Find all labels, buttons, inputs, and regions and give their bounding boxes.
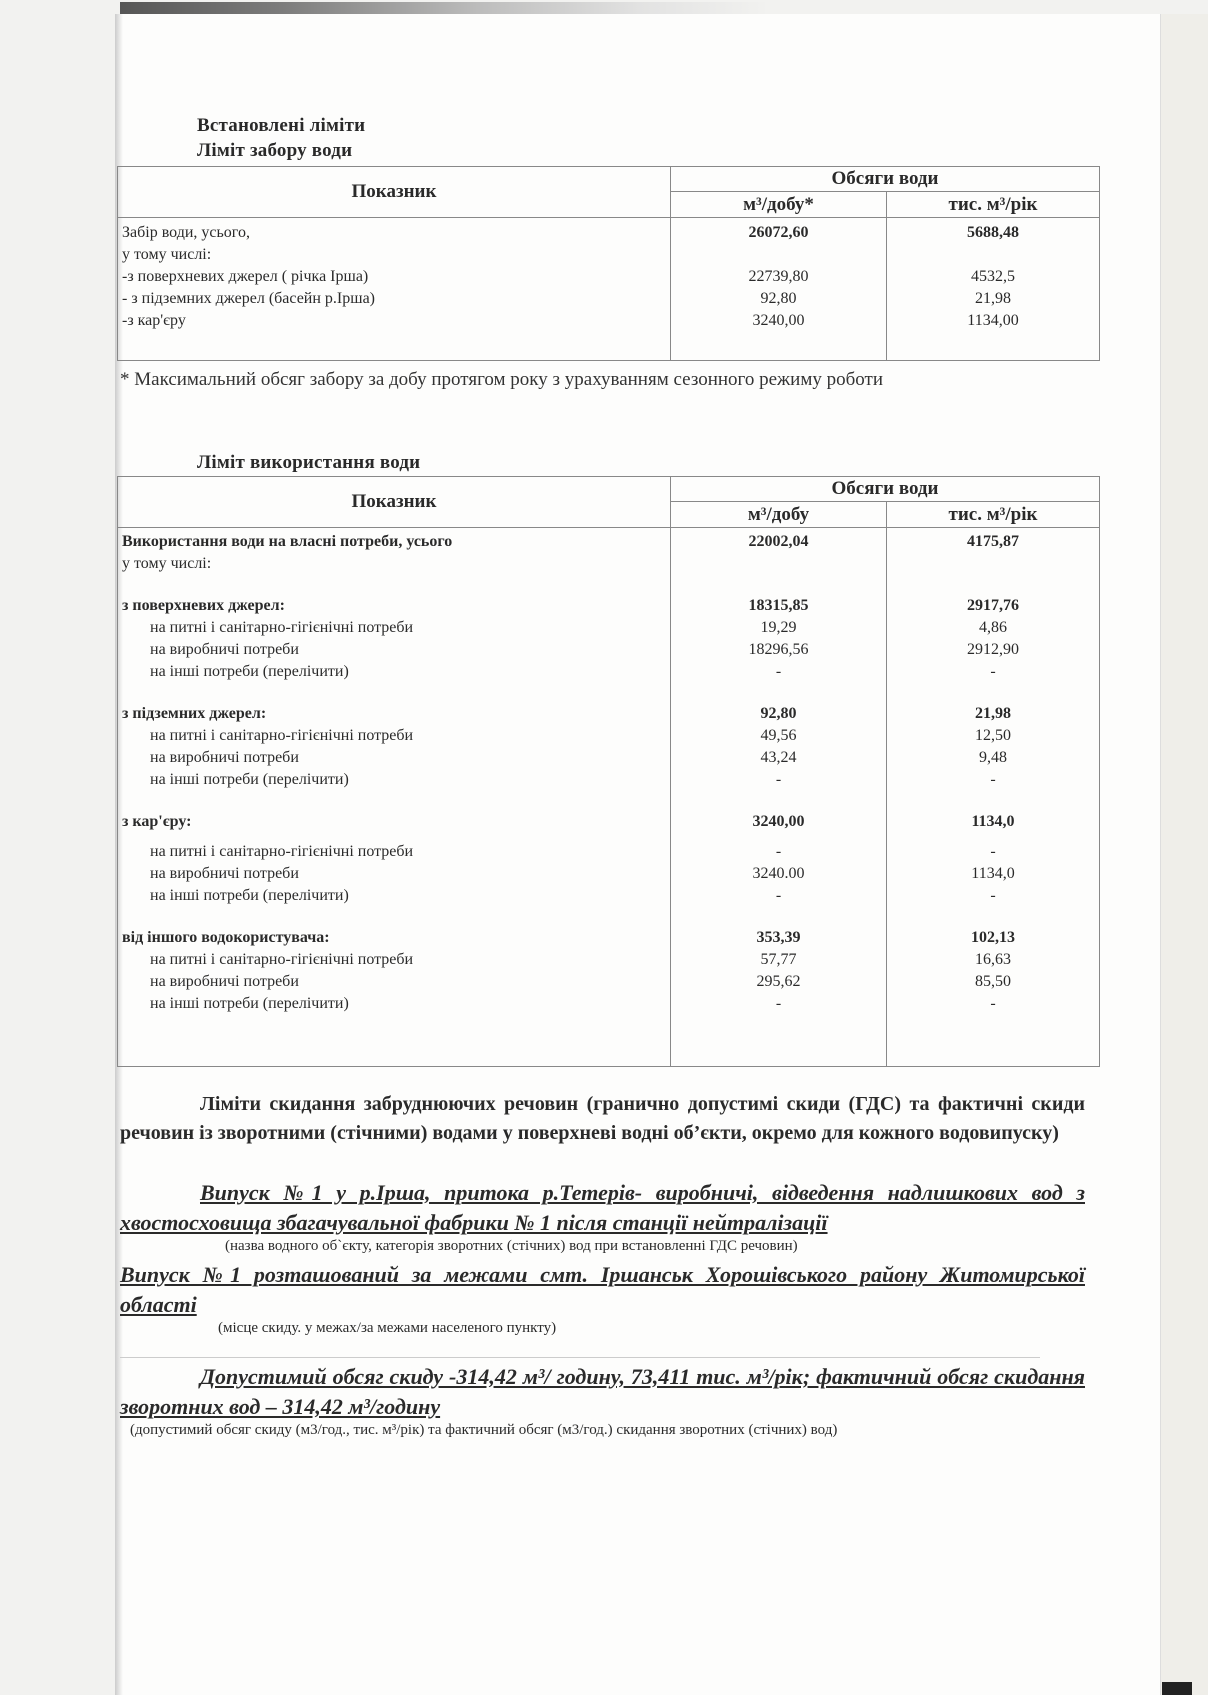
value-year: - bbox=[887, 769, 1099, 791]
value-day: 43,24 bbox=[671, 747, 886, 769]
value-day bbox=[671, 244, 886, 266]
row-label: - з підземних джерел (басейн р.Ірша) bbox=[118, 288, 670, 310]
value-day bbox=[671, 907, 886, 927]
page-edge bbox=[1160, 14, 1208, 1695]
volume-caption: (допустимий обсяг скиду (м3/год., тис. м… bbox=[130, 1422, 837, 1439]
value-day: 92,80 bbox=[671, 703, 886, 725]
value-year: - bbox=[887, 661, 1099, 683]
usage-limit-table: Показник Обсяги води м³/добу тис. м³/рік… bbox=[117, 476, 1100, 1067]
value-year bbox=[887, 833, 1099, 841]
row-label bbox=[118, 791, 670, 811]
row-label: на виробничі потреби bbox=[118, 971, 670, 993]
value-day: - bbox=[671, 885, 886, 907]
value-day bbox=[671, 553, 886, 575]
row-label bbox=[118, 575, 670, 595]
value-year: - bbox=[887, 841, 1099, 863]
value-year: 102,13 bbox=[887, 927, 1099, 949]
value-day bbox=[671, 683, 886, 703]
value-year: - bbox=[887, 885, 1099, 907]
value-year bbox=[887, 575, 1099, 595]
row-label: у тому числі: bbox=[118, 244, 670, 266]
outlet-caption: (назва водного об`єкту, категорія зворот… bbox=[225, 1238, 798, 1255]
value-day: 3240.00 bbox=[671, 863, 886, 885]
value-year: 21,98 bbox=[887, 703, 1099, 725]
value-day: - bbox=[671, 841, 886, 863]
value-day: 353,39 bbox=[671, 927, 886, 949]
value-year: 1134,00 bbox=[887, 310, 1099, 332]
row-label: на виробничі потреби bbox=[118, 747, 670, 769]
divider bbox=[120, 1357, 1040, 1358]
value-day: 57,77 bbox=[671, 949, 886, 971]
value-year: 85,50 bbox=[887, 971, 1099, 993]
col-year: тис. м³/рік bbox=[887, 502, 1100, 528]
value-day: 295,62 bbox=[671, 971, 886, 993]
row-label: на інші потреби (перелічити) bbox=[118, 769, 670, 791]
row-label: -з кар'єру bbox=[118, 310, 670, 332]
row-label: на питні і санітарно-гігієнічні потреби bbox=[118, 949, 670, 971]
discharge-limits-paragraph: Ліміти скидання забруднюючих речовин (гр… bbox=[120, 1090, 1085, 1148]
row-label: -з поверхневих джерел ( річка Ірша) bbox=[118, 266, 670, 288]
value-year: 12,50 bbox=[887, 725, 1099, 747]
value-day: 22002,04 bbox=[671, 531, 886, 553]
heading-usage-limit: Ліміт використання води bbox=[197, 452, 420, 474]
row-label: на виробничі потреби bbox=[118, 639, 670, 661]
value-year: 4532,5 bbox=[887, 266, 1099, 288]
location-description: Випуск №1 розташований за межами смт. Ір… bbox=[120, 1260, 1085, 1320]
value-year bbox=[887, 553, 1099, 575]
value-day: 22739,80 bbox=[671, 266, 886, 288]
location-caption: (місце скиду. у межах/за межами населено… bbox=[218, 1320, 556, 1337]
value-day: 18296,56 bbox=[671, 639, 886, 661]
row-label: з кар'єру: bbox=[118, 811, 670, 833]
heading-established-limits: Встановлені ліміти bbox=[197, 115, 365, 137]
value-year: 1134,0 bbox=[887, 811, 1099, 833]
row-label: у тому числі: bbox=[118, 553, 670, 575]
value-year bbox=[887, 683, 1099, 703]
value-day: - bbox=[671, 769, 886, 791]
value-year: 4,86 bbox=[887, 617, 1099, 639]
value-day: 18315,85 bbox=[671, 595, 886, 617]
row-label: Використання води на власні потреби, усь… bbox=[118, 531, 670, 553]
scan-corner bbox=[1162, 1682, 1192, 1695]
value-year: 1134,0 bbox=[887, 863, 1099, 885]
value-year: 9,48 bbox=[887, 747, 1099, 769]
col-day: м³/добу* bbox=[671, 192, 887, 218]
col-indicator: Показник bbox=[118, 477, 671, 528]
col-indicator: Показник bbox=[118, 167, 671, 218]
value-year bbox=[887, 244, 1099, 266]
value-day bbox=[671, 791, 886, 811]
row-label: на інші потреби (перелічити) bbox=[118, 993, 670, 1015]
col-group: Обсяги води bbox=[671, 167, 1100, 192]
value-year bbox=[887, 907, 1099, 927]
value-year: 5688,48 bbox=[887, 222, 1099, 244]
value-year: 21,98 bbox=[887, 288, 1099, 310]
intake-limit-table: Показник Обсяги води м³/добу* тис. м³/рі… bbox=[117, 166, 1100, 361]
row-label bbox=[118, 907, 670, 927]
row-label: з поверхневих джерел: bbox=[118, 595, 670, 617]
col-group: Обсяги води bbox=[671, 477, 1100, 502]
row-label bbox=[118, 683, 670, 703]
row-label: на питні і санітарно-гігієнічні потреби bbox=[118, 617, 670, 639]
volume-description: Допустимий обсяг скиду -314,42 м³/ годин… bbox=[120, 1362, 1085, 1422]
row-label: на інші потреби (перелічити) bbox=[118, 661, 670, 683]
row-label: на виробничі потреби bbox=[118, 863, 670, 885]
value-year: 4175,87 bbox=[887, 531, 1099, 553]
value-year: 2917,76 bbox=[887, 595, 1099, 617]
value-day bbox=[671, 575, 886, 595]
row-label: на питні і санітарно-гігієнічні потреби bbox=[118, 725, 670, 747]
row-label: з підземних джерел: bbox=[118, 703, 670, 725]
outlet-description: Випуск №1 у р.Ірша, притока р.Тетерів- в… bbox=[120, 1178, 1085, 1238]
value-day: 49,56 bbox=[671, 725, 886, 747]
value-day: - bbox=[671, 993, 886, 1015]
value-year: 2912,90 bbox=[887, 639, 1099, 661]
col-day: м³/добу bbox=[671, 502, 887, 528]
value-day: 92,80 bbox=[671, 288, 886, 310]
value-year: 16,63 bbox=[887, 949, 1099, 971]
value-day: 26072,60 bbox=[671, 222, 886, 244]
col-year: тис. м³/рік bbox=[887, 192, 1100, 218]
intake-footnote: * Максимальний обсяг забору за добу прот… bbox=[120, 365, 1020, 395]
value-day: - bbox=[671, 661, 886, 683]
value-day: 3240,00 bbox=[671, 811, 886, 833]
value-day: 3240,00 bbox=[671, 310, 886, 332]
scan-artifact bbox=[120, 2, 770, 14]
row-label: Забір води, усього, bbox=[118, 222, 670, 244]
value-year: - bbox=[887, 993, 1099, 1015]
value-day bbox=[671, 833, 886, 841]
row-label bbox=[118, 833, 670, 841]
value-day: 19,29 bbox=[671, 617, 886, 639]
heading-intake-limit: Ліміт забору води bbox=[197, 140, 352, 162]
row-label: на інші потреби (перелічити) bbox=[118, 885, 670, 907]
row-label: від іншого водокористувача: bbox=[118, 927, 670, 949]
value-year bbox=[887, 791, 1099, 811]
row-label: на питні і санітарно-гігієнічні потреби bbox=[118, 841, 670, 863]
